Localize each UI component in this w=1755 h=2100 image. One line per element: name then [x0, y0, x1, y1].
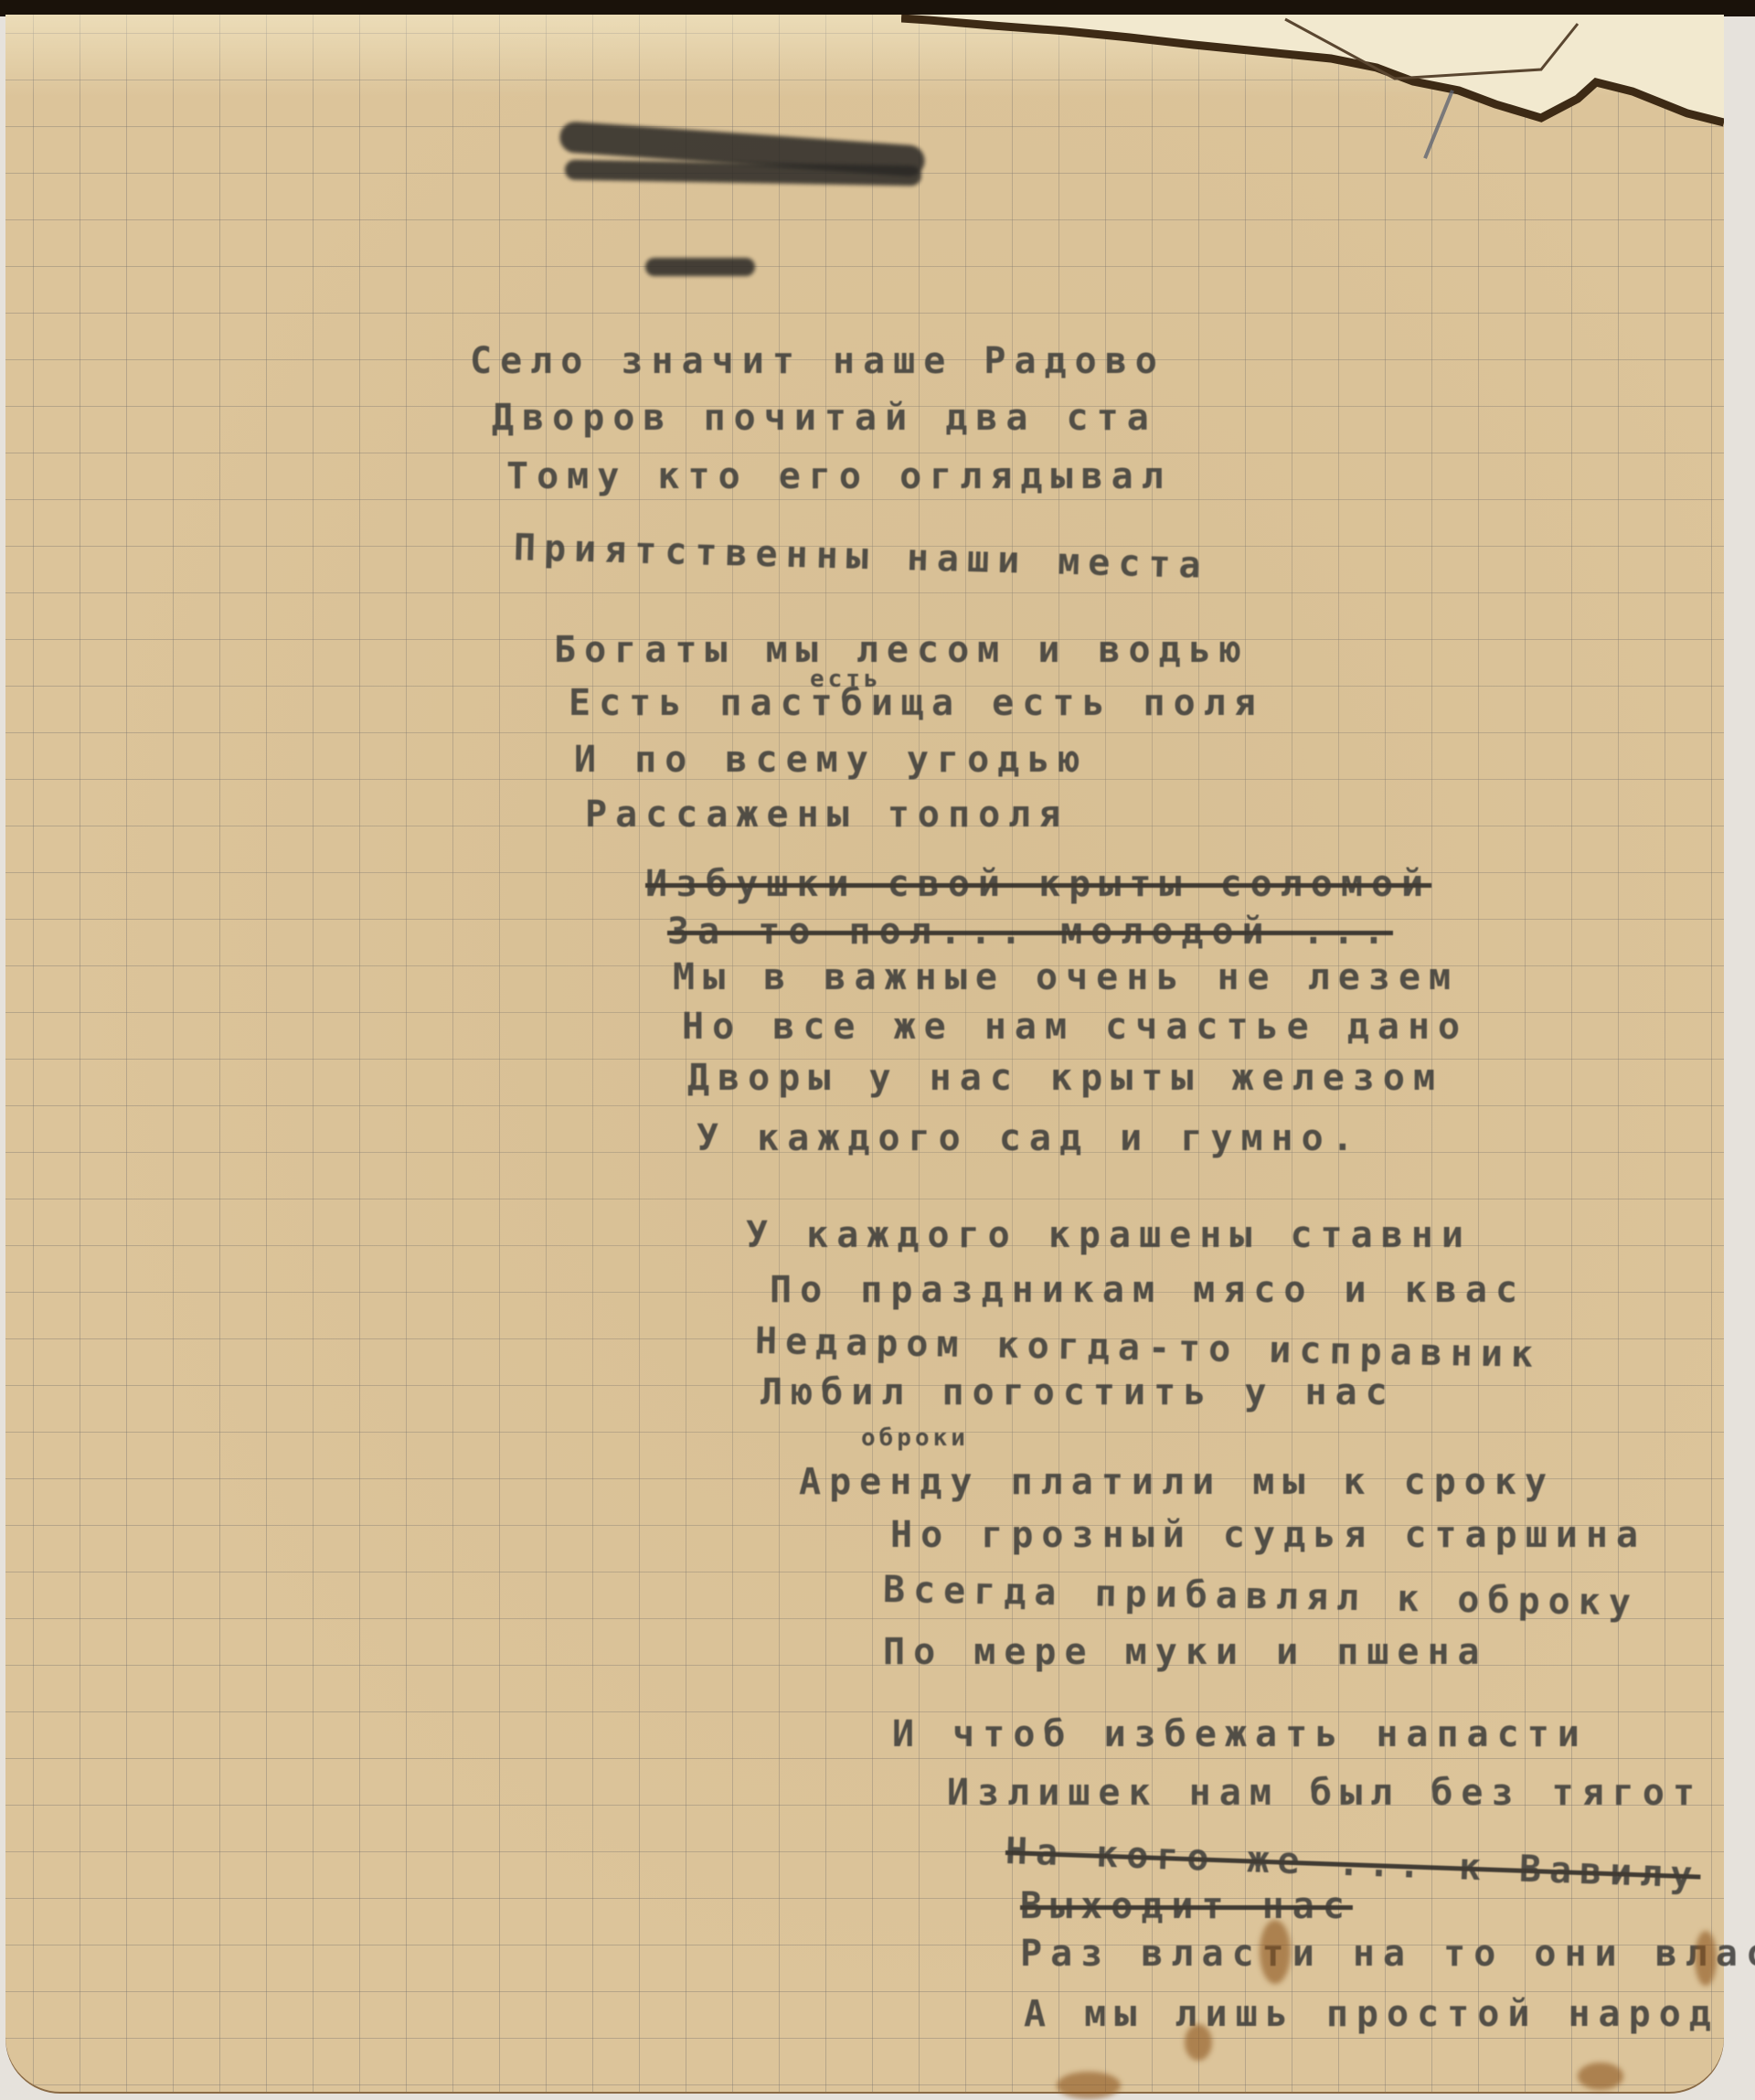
stanza-2-line-1: Богаты мы лесом и водью: [554, 629, 1250, 671]
stanza-6-line-5: Раз власти на то они власти: [1020, 1933, 1755, 1975]
stanza-3-line-3: Мы в важные очень не лезем: [673, 956, 1459, 998]
stanza-5-line-2: Но грозный судья старшина: [890, 1514, 1646, 1556]
stanza-2-line-3: И по всему угодью: [574, 739, 1088, 781]
stanza-1-line-4: Приятственны наши места: [513, 527, 1209, 587]
stanza-5-line-3: Всегда прибавлял к оброку: [883, 1569, 1640, 1624]
stanza-6-line-4-struck: Выходит нас: [1020, 1885, 1353, 1927]
stanza-4-line-4: Любил погостить у нас: [760, 1371, 1396, 1413]
stanza-3-line-5: Дворы у нас крыты железом: [687, 1057, 1443, 1099]
stain: [1695, 1931, 1717, 1986]
stanza-4-line-1: У каждого крашены ставни: [746, 1214, 1472, 1256]
stain: [1185, 2024, 1212, 2061]
stanza-4-line-2: По праздникам мясо и квас: [770, 1269, 1526, 1311]
stanza-2-line-4: Рассажены тополя: [585, 794, 1069, 836]
stanza-3-line-1-struck: Избушки свой крыты соломой: [645, 863, 1431, 905]
stanza-5-correction: оброки: [861, 1424, 969, 1452]
stanza-3-line-2-struck: За то пол... молодой ...: [667, 911, 1393, 953]
stanza-3-line-4: Но все же нам счастье дано: [682, 1006, 1468, 1048]
stanza-1-line-2: Дворов почитай два ста: [492, 397, 1157, 439]
torn-corner: [901, 15, 1724, 143]
stanza-1-line-3: Тому кто его оглядывал: [506, 455, 1172, 497]
stain: [1057, 2072, 1121, 2099]
stanza-6-line-1: И чтоб избежать напасти: [892, 1713, 1588, 1755]
stanza-4-line-3: Недаром когда-то исправник: [755, 1320, 1542, 1376]
stanza-6-line-2: Излишек нам был без тягот: [947, 1772, 1703, 1814]
stanza-5-line-4: По мере муки и пшена: [883, 1631, 1488, 1673]
stain: [1260, 1920, 1291, 1984]
stain: [1578, 2063, 1623, 2090]
stanza-2-line-2: Есть пастбища есть поля: [569, 682, 1264, 724]
stanza-6-line-6: А мы лишь простой народ: [1024, 1993, 1719, 2035]
stanza-3-line-6: У каждого сад и гумно.: [697, 1117, 1362, 1159]
stanza-5-line-1: Аренду платили мы к сроку: [799, 1461, 1555, 1503]
manuscript-page: Село значит наше Радово Дворов почитай д…: [5, 15, 1724, 2092]
stanza-1-line-1: Село значит наше Радово: [470, 340, 1165, 382]
